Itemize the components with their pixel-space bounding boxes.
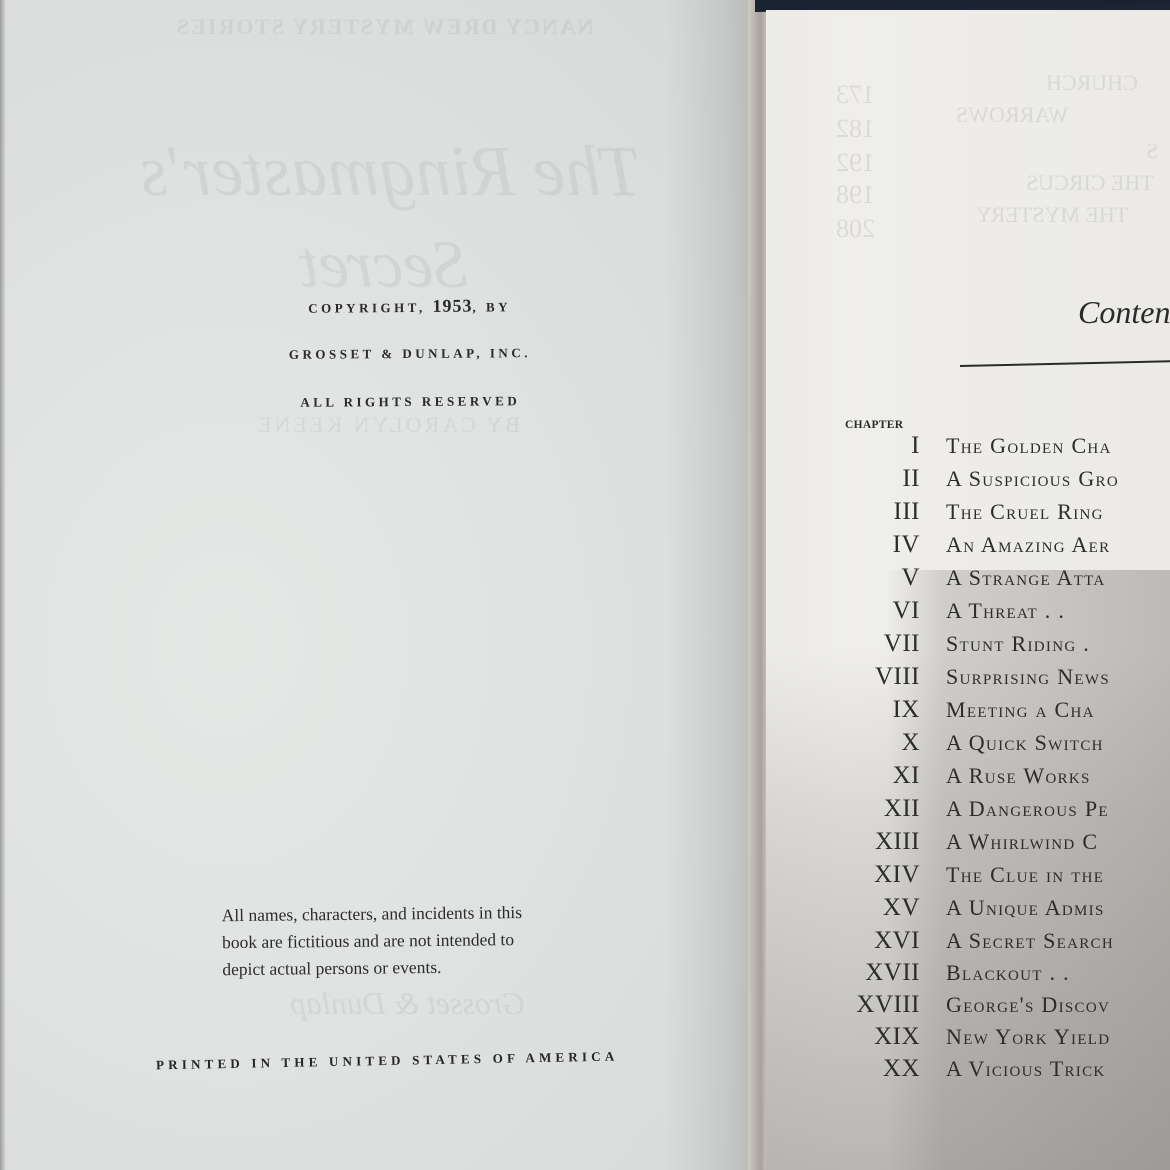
- chapter-title: George's Discov: [946, 989, 1110, 1021]
- copyright-line: COPYRIGHT, 1953, BY: [230, 293, 590, 344]
- chapter-title: A Quick Switch: [946, 727, 1104, 759]
- chapter-title: A Strange Atta: [946, 562, 1106, 594]
- chapter-title: Meeting a Cha: [946, 694, 1095, 726]
- publisher-line: GROSSET & DUNLAP, INC.: [230, 341, 590, 392]
- chapter-number: XVII: [830, 957, 920, 989]
- chapter-number: XIV: [830, 859, 920, 891]
- copyright-prefix: COPYRIGHT,: [308, 300, 426, 316]
- showthrough-series-title: NANCY DREW MYSTERY STORIES: [175, 14, 594, 40]
- chapter-number: XIII: [830, 826, 920, 858]
- chapter-title: A Ruse Works: [946, 760, 1091, 792]
- chapter-title: Surprising News: [946, 661, 1110, 693]
- disclaimer-line: depict actual persons or events.: [222, 952, 642, 983]
- copyright-page: NANCY DREW MYSTERY STORIES The Ringmaste…: [0, 0, 755, 1170]
- chapter-title: A Whirlwind C: [946, 826, 1098, 858]
- copyright-notice: COPYRIGHT, 1953, BY GROSSET & DUNLAP, IN…: [230, 293, 591, 440]
- chapter-title: A Unique Admis: [946, 892, 1105, 924]
- chapter-number: VI: [830, 595, 920, 627]
- copyright-year: 1953: [432, 296, 472, 316]
- printed-in-usa: PRINTED IN THE UNITED STATES OF AMERICA: [156, 1047, 716, 1074]
- chapter-number: VIII: [830, 661, 920, 693]
- showthrough-toc-title: WARROWS: [956, 102, 1068, 128]
- contents-heading: Conten: [1078, 294, 1170, 331]
- chapter-number: XIX: [830, 1021, 920, 1053]
- page-edge-shadow: [0, 0, 6, 1170]
- chapter-number: III: [830, 496, 920, 528]
- chapter-title: The Clue in the: [946, 859, 1104, 891]
- copyright-suffix: , BY: [472, 299, 511, 314]
- chapter-title: A Secret Search: [946, 925, 1114, 957]
- showthrough-book-title: The Ringmaster's: [140, 130, 641, 213]
- showthrough-page-number: 198: [836, 180, 875, 210]
- chapter-title: Stunt Riding .: [946, 628, 1090, 660]
- chapter-number: XV: [830, 892, 920, 924]
- chapter-number: I: [830, 430, 920, 462]
- chapter-title: A Threat . .: [946, 595, 1065, 627]
- chapter-number: II: [830, 463, 920, 495]
- chapter-number: XI: [830, 760, 920, 792]
- fiction-disclaimer: All names, characters, and incidents in …: [222, 898, 643, 983]
- chapter-number: IV: [830, 529, 920, 561]
- chapter-title: An Amazing Aer: [946, 529, 1110, 561]
- showthrough-toc-title: THE CIRCUS: [1026, 170, 1154, 196]
- showthrough-page-number: 182: [836, 114, 875, 144]
- chapter-number: XVIII: [830, 989, 920, 1021]
- rights-line: ALL RIGHTS RESERVED: [230, 389, 590, 440]
- showthrough-toc-title: THE MYSTERY: [976, 202, 1128, 228]
- chapter-number: VII: [830, 628, 920, 660]
- chapter-number: XVI: [830, 925, 920, 957]
- chapter-title: The Cruel Ring: [946, 496, 1104, 528]
- showthrough-page-number: 192: [836, 148, 875, 178]
- open-book-photo: NANCY DREW MYSTERY STORIES The Ringmaste…: [0, 0, 1170, 1170]
- showthrough-toc-title: CHURCH: [1046, 70, 1138, 96]
- chapter-title: The Golden Cha: [946, 430, 1112, 462]
- chapter-number: IX: [830, 694, 920, 726]
- chapter-number: XII: [830, 793, 920, 825]
- chapter-title: A Suspicious Gro: [946, 463, 1119, 495]
- showthrough-book-subtitle: Secret: [300, 225, 467, 304]
- chapter-title: A Dangerous Pe: [946, 793, 1109, 825]
- showthrough-publisher: Grosset & Dunlap: [290, 985, 525, 1022]
- showthrough-page-number: 208: [836, 214, 875, 244]
- chapter-title: New York Yield: [946, 1021, 1110, 1053]
- chapter-title: A Vicious Trick: [946, 1053, 1106, 1085]
- showthrough-page-number: 173: [836, 80, 875, 110]
- chapter-number: XX: [830, 1053, 920, 1085]
- showthrough-toc-title: S: [1146, 138, 1158, 164]
- chapter-number: X: [830, 727, 920, 759]
- chapter-number: V: [830, 562, 920, 594]
- chapter-title: Blackout . .: [946, 957, 1070, 989]
